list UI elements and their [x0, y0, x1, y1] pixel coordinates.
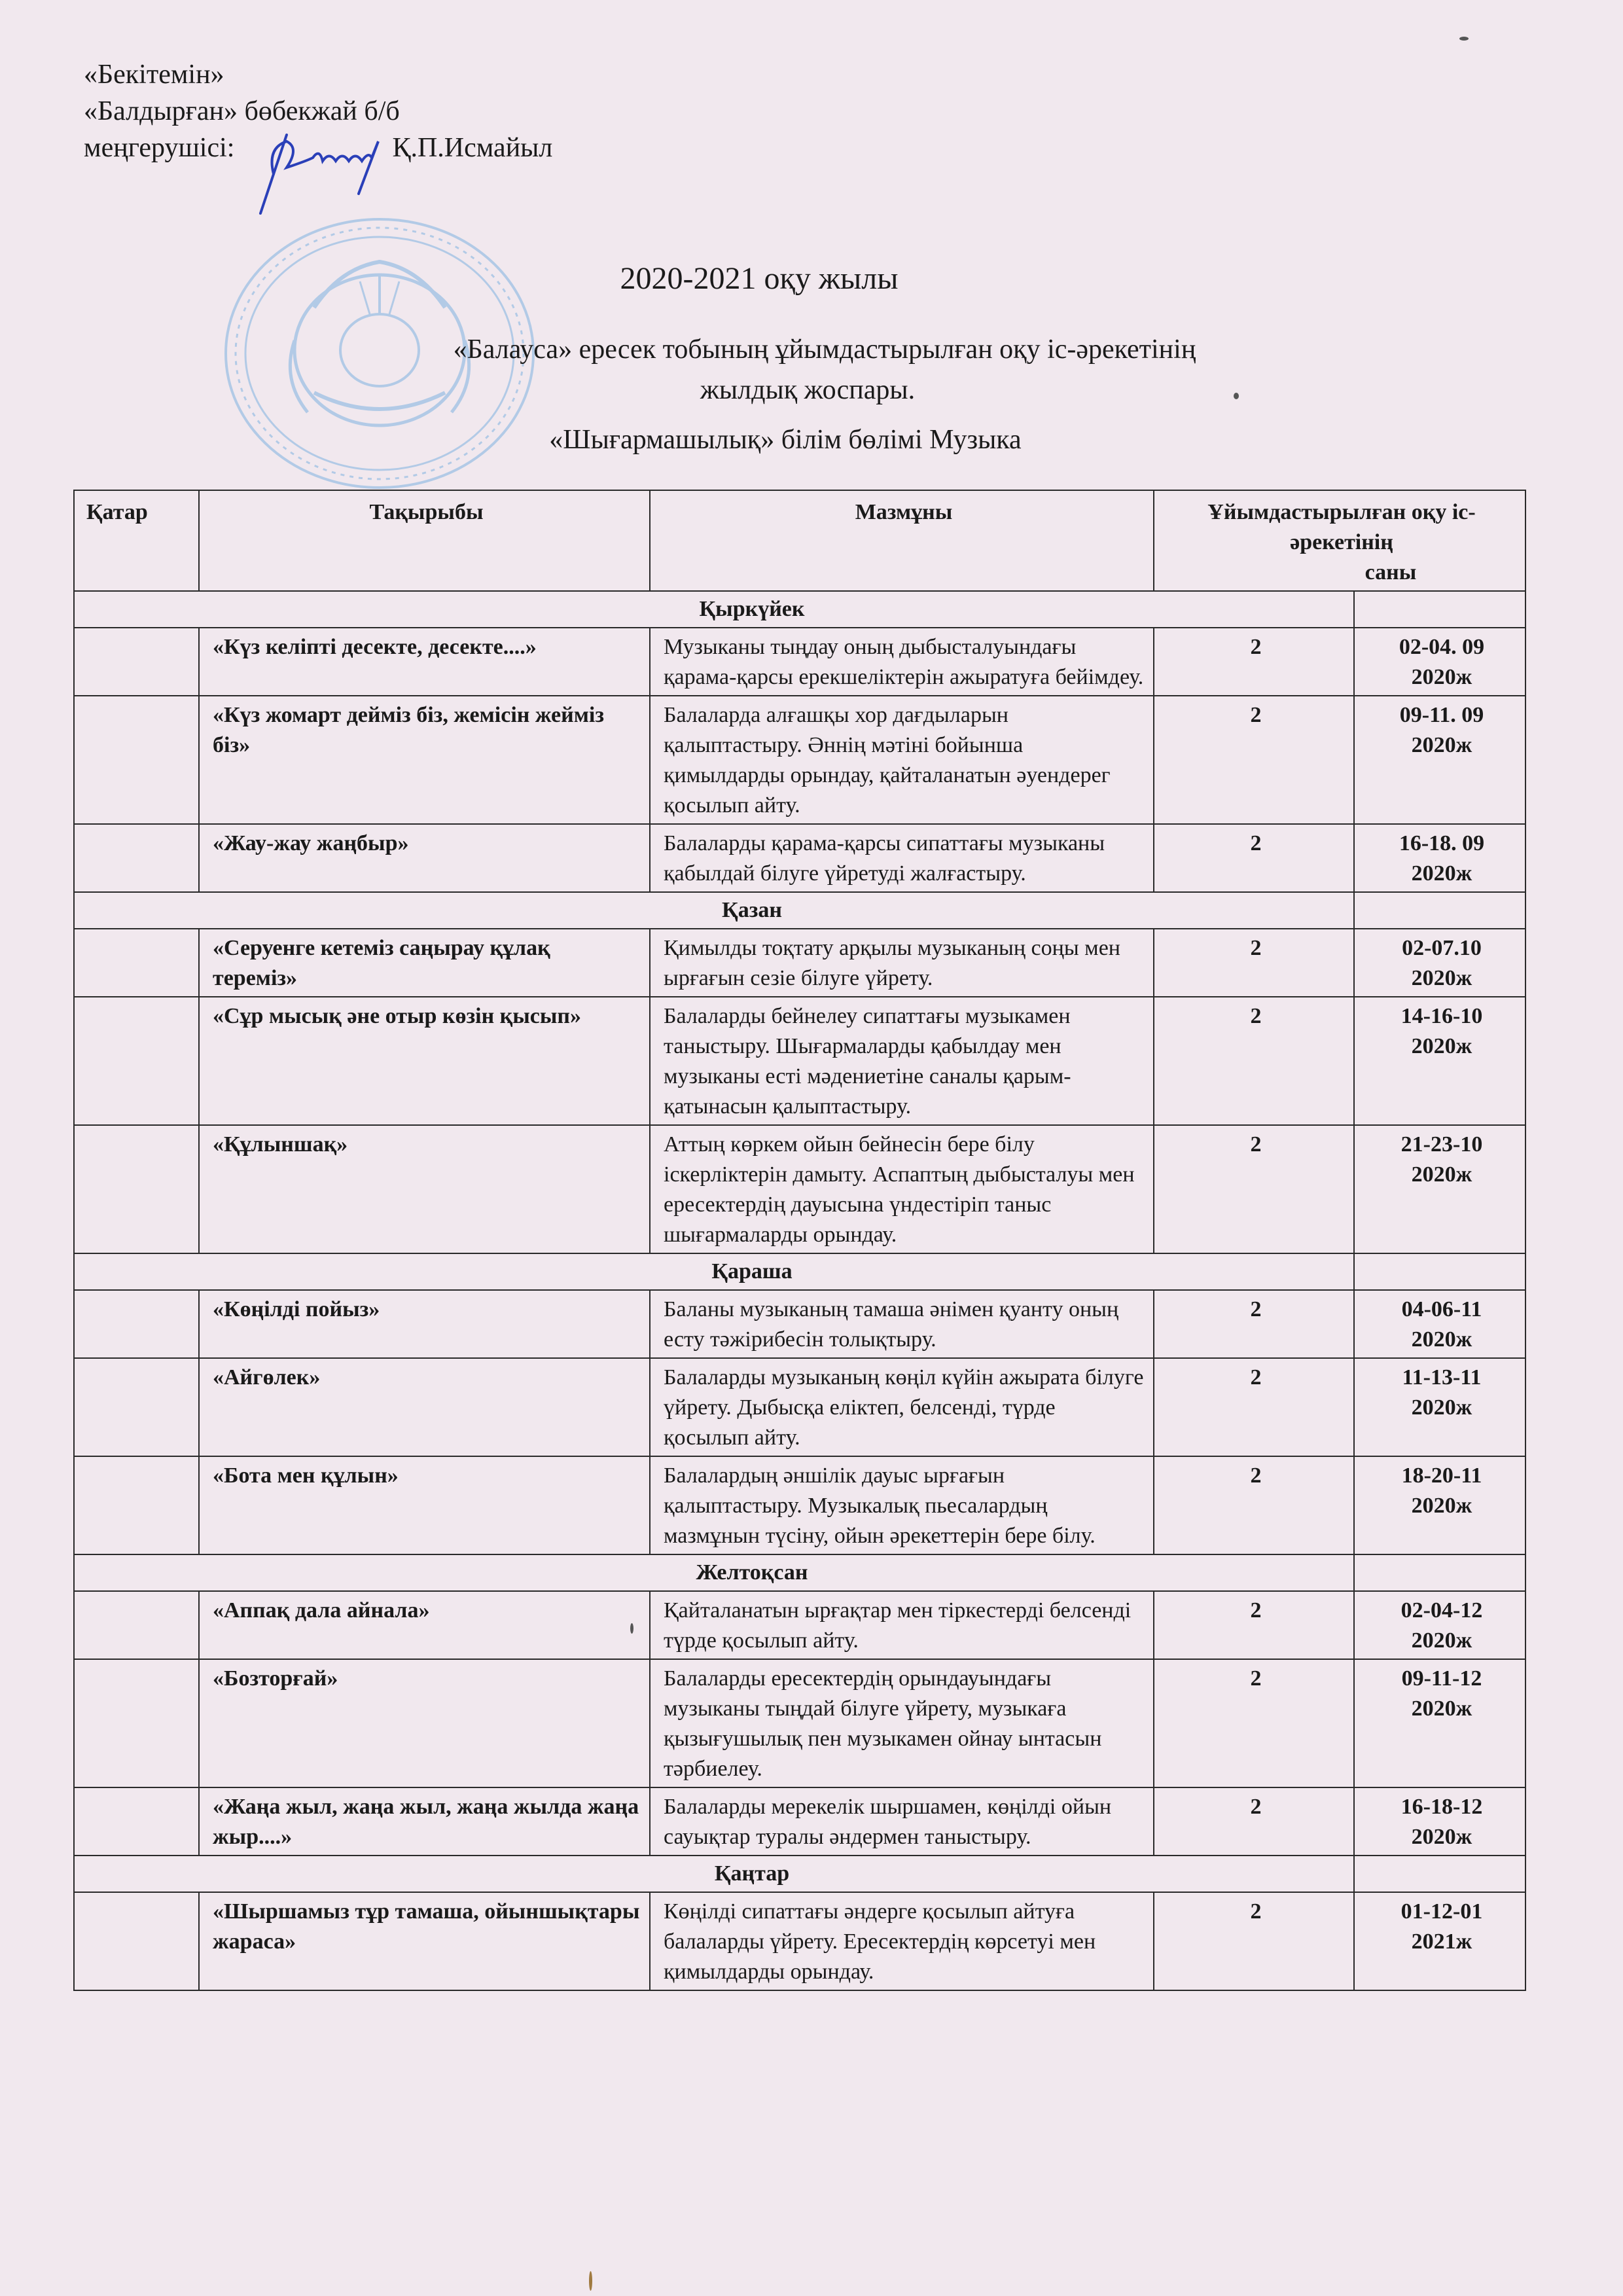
topic-cell: «Бозторғай»	[199, 1659, 650, 1787]
activity-count-cell: 2	[1154, 997, 1354, 1125]
date-cell: 18-20-112020ж	[1354, 1456, 1525, 1554]
content-cell: Қайталанатын ырғақтар мен тіркестерді бе…	[650, 1591, 1154, 1659]
date-year: 2020ж	[1412, 861, 1472, 886]
date-cell: 14-16-102020ж	[1354, 997, 1525, 1125]
date-year: 2020ж	[1412, 1034, 1472, 1058]
activity-count-cell: 2	[1154, 1892, 1354, 1990]
row-number-cell	[74, 997, 199, 1125]
table-row: «Көңілді пойыз»Баланы музыканың тамаша ә…	[74, 1290, 1525, 1358]
topic-cell: «Айгөлек»	[199, 1358, 650, 1456]
date-range: 11-13-11	[1402, 1365, 1482, 1390]
content-cell: Баланы музыканың тамаша әнімен қуанту он…	[650, 1290, 1154, 1358]
row-number-cell	[74, 1591, 199, 1659]
date-range: 04-06-11	[1402, 1297, 1482, 1321]
topic-cell: «Күз келіпті десекте, десекте....»	[199, 628, 650, 696]
date-year: 2020ж	[1412, 1327, 1472, 1352]
date-range: 01-12-01	[1401, 1899, 1483, 1924]
topic-cell: «Сұр мысық әне отыр көзін қысып»	[199, 997, 650, 1125]
month-row: Қыркүйек	[74, 591, 1525, 628]
annual-plan-table: Қатар Тақырыбы Мазмұны Ұйымдастырылған о…	[73, 490, 1526, 1991]
column-header-topic: Тақырыбы	[199, 490, 650, 591]
activity-count-cell: 2	[1154, 1358, 1354, 1456]
column-header-content: Мазмұны	[650, 490, 1154, 591]
row-number-cell	[74, 696, 199, 824]
month-empty-cell	[1354, 1554, 1525, 1591]
date-cell: 16-18-122020ж	[1354, 1787, 1525, 1856]
month-label: Қаңтар	[74, 1856, 1354, 1892]
activity-count-cell: 2	[1154, 628, 1354, 696]
activity-count-cell: 2	[1154, 824, 1354, 892]
date-range: 14-16-10	[1401, 1004, 1483, 1028]
date-cell: 09-11-122020ж	[1354, 1659, 1525, 1787]
date-cell: 02-04. 092020ж	[1354, 628, 1525, 696]
month-label: Желтоқсан	[74, 1554, 1354, 1591]
month-row: Қаңтар	[74, 1856, 1525, 1892]
month-label: Қараша	[74, 1253, 1354, 1290]
approval-title: «Бекітемін»	[84, 56, 552, 93]
date-cell: 04-06-112020ж	[1354, 1290, 1525, 1358]
row-number-cell	[74, 1358, 199, 1456]
date-range: 18-20-11	[1402, 1463, 1482, 1488]
activity-count-cell: 2	[1154, 1125, 1354, 1253]
date-year: 2020ж	[1412, 1825, 1472, 1849]
month-empty-cell	[1354, 1253, 1525, 1290]
content-cell: Балаларды бейнелеу сипаттағы музыкамен т…	[650, 997, 1154, 1125]
row-number-cell	[74, 824, 199, 892]
row-number-cell	[74, 1456, 199, 1554]
table-body: Қыркүйек«Күз келіпті десекте, десекте...…	[74, 591, 1525, 1990]
date-range: 02-04-12	[1401, 1598, 1483, 1623]
scan-speck	[1459, 37, 1469, 41]
scan-speck	[1234, 393, 1239, 399]
content-cell: Балалардың әншілік дауыс ырғағын қалыпта…	[650, 1456, 1154, 1554]
month-row: Қазан	[74, 892, 1525, 929]
topic-cell: «Жаңа жыл, жаңа жыл, жаңа жылда жаңа жыр…	[199, 1787, 650, 1856]
topic-cell: «Күз жомарт дейміз біз, жемісін жейміз б…	[199, 696, 650, 824]
table-row: «Айгөлек»Балаларды музыканың көңіл күйін…	[74, 1358, 1525, 1456]
table-row: «Аппақ дала айнала»Қайталанатын ырғақтар…	[74, 1591, 1525, 1659]
activity-count-cell: 2	[1154, 696, 1354, 824]
table-row: «Бота мен құлын»Балалардың әншілік дауыс…	[74, 1456, 1525, 1554]
topic-cell: «Шыршамыз тұр тамаша, ойыншықтары жараса…	[199, 1892, 650, 1990]
education-area-title: «Шығармашылық» білім бөлімі Музыка	[0, 424, 1597, 456]
date-cell: 21-23-102020ж	[1354, 1125, 1525, 1253]
month-row: Қараша	[74, 1253, 1525, 1290]
table-row: «Жаңа жыл, жаңа жыл, жаңа жылда жаңа жыр…	[74, 1787, 1525, 1856]
content-cell: Қимылды тоқтату арқылы музыканың соңы ме…	[650, 929, 1154, 997]
date-cell: 02-04-122020ж	[1354, 1591, 1525, 1659]
table-row: «Серуенге кетеміз саңырау құлақ тереміз»…	[74, 929, 1525, 997]
table-row: «Күз келіпті десекте, десекте....»Музыка…	[74, 628, 1525, 696]
date-year: 2020ж	[1412, 733, 1472, 757]
row-number-cell	[74, 1892, 199, 1990]
row-number-cell	[74, 929, 199, 997]
content-cell: Музыканы тыңдау оның дыбысталуындағы қар…	[650, 628, 1154, 696]
activity-count-cell: 2	[1154, 1787, 1354, 1856]
topic-cell: «Аппақ дала айнала»	[199, 1591, 650, 1659]
row-number-cell	[74, 1125, 199, 1253]
activity-count-cell: 2	[1154, 1290, 1354, 1358]
date-cell: 09-11. 092020ж	[1354, 696, 1525, 824]
date-cell: 11-13-112020ж	[1354, 1358, 1525, 1456]
row-number-cell	[74, 1659, 199, 1787]
date-year: 2020ж	[1412, 966, 1472, 990]
content-cell: Балаларды музыканың көңіл күйін ажырата …	[650, 1358, 1154, 1456]
date-cell: 01-12-012021ж	[1354, 1892, 1525, 1990]
column-header-activity-count: Ұйымдастырылған оқу іс- әрекетінің саны	[1154, 490, 1525, 591]
date-year: 2020ж	[1412, 1628, 1472, 1653]
table-row: «Күз жомарт дейміз біз, жемісін жейміз б…	[74, 696, 1525, 824]
topic-cell: «Серуенге кетеміз саңырау құлақ тереміз»	[199, 929, 650, 997]
topic-cell: «Бота мен құлын»	[199, 1456, 650, 1554]
table-row: «Сұр мысық әне отыр көзін қысып»Балалард…	[74, 997, 1525, 1125]
approval-role: меңгерушісі:	[84, 133, 234, 163]
month-empty-cell	[1354, 892, 1525, 929]
date-year: 2020ж	[1412, 1395, 1472, 1420]
table-row: «Шыршамыз тұр тамаша, ойыншықтары жараса…	[74, 1892, 1525, 1990]
date-year: 2020ж	[1412, 1696, 1472, 1721]
column-header-row-number: Қатар	[74, 490, 199, 591]
date-range: 09-11. 09	[1400, 703, 1484, 727]
topic-cell: «Көңілді пойыз»	[199, 1290, 650, 1358]
activity-count-cell: 2	[1154, 1456, 1354, 1554]
topic-cell: «Құлыншақ»	[199, 1125, 650, 1253]
approval-name: Қ.П.Исмайыл	[392, 133, 552, 163]
date-range: 09-11-12	[1402, 1666, 1482, 1691]
signature-icon	[247, 122, 404, 220]
content-cell: Балаларды ересектердің орындауындағы муз…	[650, 1659, 1154, 1787]
row-number-cell	[74, 1787, 199, 1856]
table-row: «Жау-жау жаңбыр»Балаларды қарама-қарсы с…	[74, 824, 1525, 892]
date-range: 02-04. 09	[1399, 635, 1484, 659]
date-year: 2020ж	[1412, 1494, 1472, 1518]
academic-year-title: 2020-2021 оқу жылы	[0, 260, 1571, 296]
table-header-row: Қатар Тақырыбы Мазмұны Ұйымдастырылған о…	[74, 490, 1525, 591]
date-range: 21-23-10	[1401, 1132, 1483, 1157]
month-label: Қазан	[74, 892, 1354, 929]
row-number-cell	[74, 628, 199, 696]
content-cell: Балаларда алғашқы хор дағдыларын қалыпта…	[650, 696, 1154, 824]
date-cell: 02-07.102020ж	[1354, 929, 1525, 997]
date-year: 2020ж	[1412, 665, 1472, 689]
table-row: «Бозторғай»Балаларды ересектердің орында…	[74, 1659, 1525, 1787]
content-cell: Көңілді сипаттағы әндерге қосылып айтуға…	[650, 1892, 1154, 1990]
content-cell: Аттың көркем ойын бейнесін бере білу іск…	[650, 1125, 1154, 1253]
group-plan-title: «Балауса» ересек тобының ұйымдастырылған…	[13, 334, 1623, 365]
table-row: «Құлыншақ»Аттың көркем ойын бейнесін бер…	[74, 1125, 1525, 1253]
topic-cell: «Жау-жау жаңбыр»	[199, 824, 650, 892]
date-cell: 16-18. 092020ж	[1354, 824, 1525, 892]
annual-plan-title: жылдық жоспары.	[0, 374, 1619, 406]
content-cell: Балаларды қарама-қарсы сипаттағы музыкан…	[650, 824, 1154, 892]
activity-count-cell: 2	[1154, 1659, 1354, 1787]
date-year: 2021ж	[1412, 1929, 1472, 1954]
date-range: 16-18-12	[1401, 1795, 1483, 1819]
row-number-cell	[74, 1290, 199, 1358]
scan-speck	[630, 1623, 633, 1634]
month-label: Қыркүйек	[74, 591, 1354, 628]
scan-speck	[589, 2271, 592, 2291]
month-empty-cell	[1354, 591, 1525, 628]
content-cell: Балаларды мерекелік шыршамен, көңілді ой…	[650, 1787, 1154, 1856]
month-row: Желтоқсан	[74, 1554, 1525, 1591]
date-year: 2020ж	[1412, 1162, 1472, 1187]
activity-count-cell: 2	[1154, 1591, 1354, 1659]
month-empty-cell	[1354, 1856, 1525, 1892]
date-range: 16-18. 09	[1399, 831, 1484, 855]
date-range: 02-07.10	[1402, 936, 1482, 960]
activity-count-cell: 2	[1154, 929, 1354, 997]
